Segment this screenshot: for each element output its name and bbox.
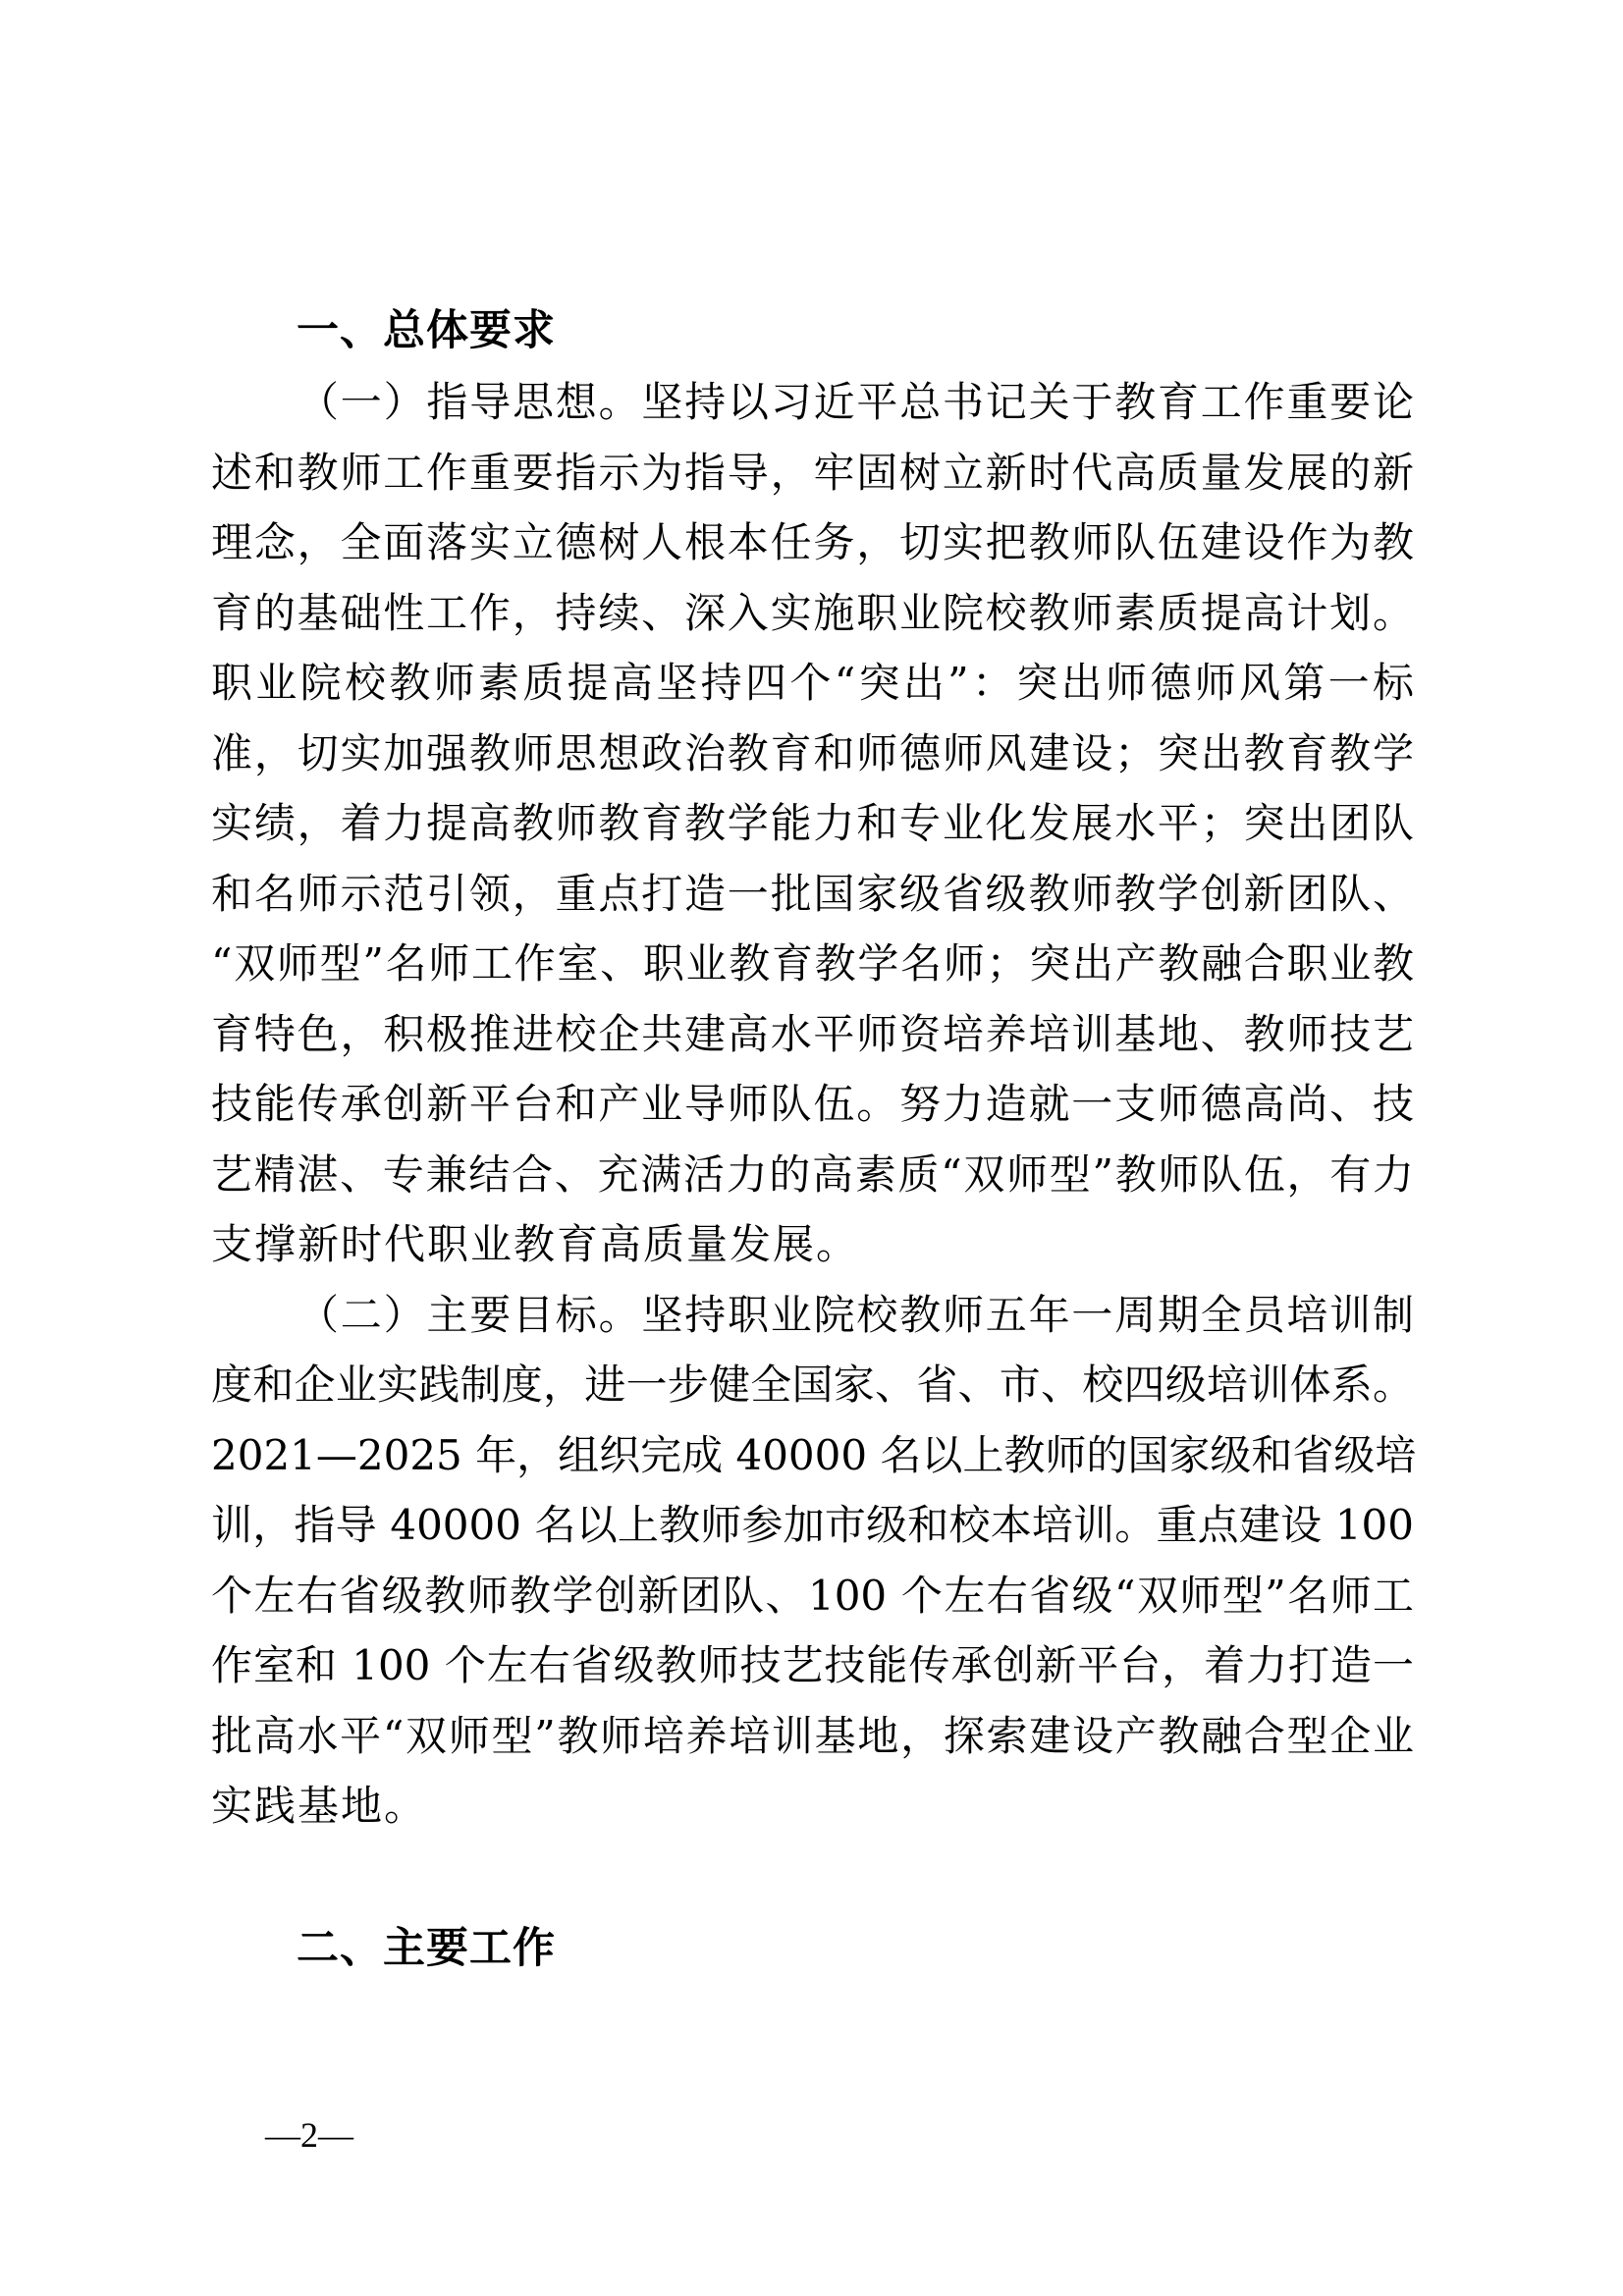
text-line: 育的基础性工作，持续、深入实施职业院校教师素质提高计划。	[211, 578, 1414, 649]
paragraph-guiding-ideology: （一）指导思想。坚持以习近平总书记关于教育工作重要论 述和教师工作重要指示为指导…	[211, 367, 1414, 1280]
text-line: “双师型”名师工作室、职业教育教学名师；突出产教融合职业教	[211, 929, 1414, 999]
text-line: 述和教师工作重要指示为指导，牢固树立新时代高质量发展的新	[211, 438, 1414, 508]
text-line: 实践基地。	[211, 1771, 1414, 1842]
text-line: 育特色，积极推进校企共建高水平师资培养培训基地、教师技艺	[211, 999, 1414, 1070]
text-line: 艺精湛、专兼结合、充满活力的高素质“双师型”教师队伍，有力	[211, 1140, 1414, 1210]
paragraph-main-goals: （二）主要目标。坚持职业院校教师五年一周期全员培训制 度和企业实践制度，进一步健…	[211, 1280, 1414, 1842]
text-line: 理念，全面落实立德树人根本任务，切实把教师队伍建设作为教	[211, 507, 1414, 578]
text-line: （二）主要目标。坚持职业院校教师五年一周期全员培训制	[211, 1280, 1414, 1351]
text-line: 和名师示范引领，重点打造一批国家级省级教师教学创新团队、	[211, 859, 1414, 930]
text-line: 度和企业实践制度，进一步健全国家、省、市、校四级培训体系。	[211, 1350, 1414, 1420]
text-line: 作室和 100 个左右省级教师技艺技能传承创新平台，着力打造一	[211, 1630, 1414, 1701]
section-heading-general-requirements: 一、总体要求	[297, 306, 556, 355]
text-line: 技能传承创新平台和产业导师队伍。努力造就一支师德高尚、技	[211, 1069, 1414, 1140]
text-line: （一）指导思想。坚持以习近平总书记关于教育工作重要论	[211, 367, 1414, 438]
text-line: 准，切实加强教师思想政治教育和师德师风建设；突出教育教学	[211, 719, 1414, 789]
text-line: 训，指导 40000 名以上教师参加市级和校本培训。重点建设 100	[211, 1490, 1414, 1561]
text-line: 职业院校教师素质提高坚持四个“突出”：突出师德师风第一标	[211, 648, 1414, 719]
text-line: 支撑新时代职业教育高质量发展。	[211, 1209, 1414, 1280]
text-line: 实绩，着力提高教师教育教学能力和专业化发展水平；突出团队	[211, 788, 1414, 859]
section-heading-main-work: 二、主要工作	[297, 1924, 556, 1973]
page-number: —2—	[265, 2113, 353, 2157]
text-line: 2021—2025 年，组织完成 40000 名以上教师的国家级和省级培	[211, 1420, 1414, 1491]
document-page: 一、总体要求 （一）指导思想。坚持以习近平总书记关于教育工作重要论 述和教师工作…	[0, 0, 1623, 2296]
text-line: 批高水平“双师型”教师培养培训基地，探索建设产教融合型企业	[211, 1701, 1414, 1772]
text-line: 个左右省级教师教学创新团队、100 个左右省级“双师型”名师工	[211, 1561, 1414, 1631]
